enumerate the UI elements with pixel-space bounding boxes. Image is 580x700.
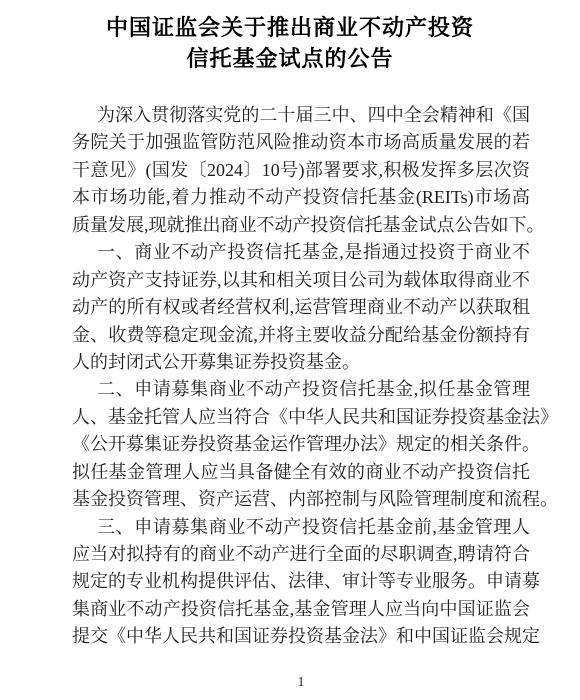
- text-line: 人的封闭式公开募集证券投资基金。: [72, 349, 530, 376]
- text-line: 务院关于加强监管防范风险推动资本市场高质量发展的若: [72, 129, 530, 156]
- document-title: 中国证监会关于推出商业不动产投资 信托基金试点的公告: [0, 12, 580, 74]
- text-line: 《公开募集证券投资基金运作管理办法》规定的相关条件。: [72, 431, 530, 458]
- text-line: 一、商业不动产投资信托基金,是指通过投资于商业不: [72, 239, 530, 266]
- text-line: 集商业不动产投资信托基金,基金管理人应当向中国证监会: [72, 596, 530, 623]
- paragraph-intro: 为深入贯彻落实党的二十届三中、四中全会精神和《国 务院关于加强监管防范风险推动资…: [72, 102, 530, 239]
- text-line: 三、申请募集商业不动产投资信托基金前,基金管理人: [72, 514, 530, 541]
- text-line: 应当对拟持有的商业不动产进行全面的尽职调查,聘请符合: [72, 541, 530, 568]
- text-line: 人、基金托管人应当符合《中华人民共和国证券投资基金法》: [72, 404, 530, 431]
- text-line: 规定的专业机构提供评估、法律、审计等专业服务。申请募: [72, 568, 530, 595]
- document-body: 为深入贯彻落实党的二十届三中、四中全会精神和《国 务院关于加强监管防范风险推动资…: [72, 102, 530, 651]
- text-line: 提交《中华人民共和国证券投资基金法》和中国证监会规定: [72, 623, 530, 650]
- paragraph-item-3: 三、申请募集商业不动产投资信托基金前,基金管理人 应当对拟持有的商业不动产进行全…: [72, 514, 530, 651]
- paragraph-item-2: 二、申请募集商业不动产投资信托基金,拟任基金管理 人、基金托管人应当符合《中华人…: [72, 376, 530, 513]
- text-line: 二、申请募集商业不动产投资信托基金,拟任基金管理: [72, 376, 530, 403]
- text-line: 金、收费等稳定现金流,并将主要收益分配给基金份额持有: [72, 322, 530, 349]
- text-line: 动产资产支持证券,以其和相关项目公司为载体取得商业不: [72, 267, 530, 294]
- document-title-line-2: 信托基金试点的公告: [0, 43, 580, 74]
- paragraph-item-1: 一、商业不动产投资信托基金,是指通过投资于商业不 动产资产支持证券,以其和相关项…: [72, 239, 530, 376]
- text-line: 为深入贯彻落实党的二十届三中、四中全会精神和《国: [72, 102, 530, 129]
- document-page: 中国证监会关于推出商业不动产投资 信托基金试点的公告 为深入贯彻落实党的二十届三…: [0, 0, 580, 700]
- text-line: 质量发展,现就推出商业不动产投资信托基金试点公告如下。: [72, 212, 530, 239]
- text-line: 本市场功能,着力推动不动产投资信托基金(REITs)市场高: [72, 184, 530, 211]
- text-line: 动产的所有权或者经营权利,运营管理商业不动产以获取租: [72, 294, 530, 321]
- document-title-line-1: 中国证监会关于推出商业不动产投资: [0, 12, 580, 43]
- text-line: 拟任基金管理人应当具备健全有效的商业不动产投资信托: [72, 459, 530, 486]
- text-line: 基金投资管理、资产运营、内部控制与风险管理制度和流程。: [72, 486, 530, 513]
- page-number: 1: [72, 674, 530, 692]
- text-line: 干意见》(国发〔2024〕10号)部署要求,积极发挥多层次资: [72, 157, 530, 184]
